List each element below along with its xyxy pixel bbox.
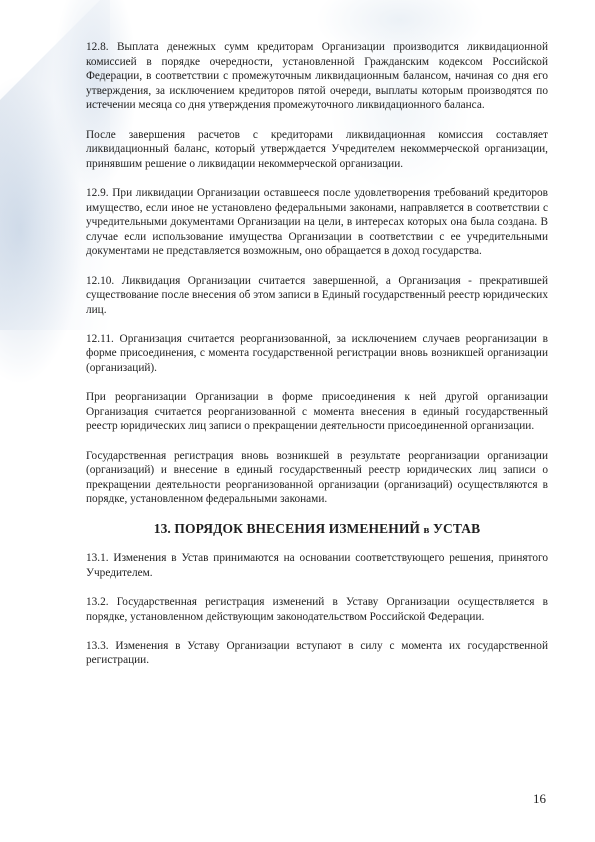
paragraph-12-10: 12.10. Ликвидация Организации считается … [86, 274, 548, 318]
page-number: 16 [533, 791, 546, 807]
paragraph-state-registration: Государственная регистрация вновь возник… [86, 449, 548, 507]
document-page: 12.8. Выплата денежных сумм кредиторам О… [86, 40, 548, 683]
paragraph-13-3: 13.3. Изменения в Уставу Организации вст… [86, 639, 548, 668]
heading-part-3: УСТАВ [430, 521, 481, 536]
paragraph-12-8: 12.8. Выплата денежных сумм кредиторам О… [86, 40, 548, 113]
heading-part-1: 13. ПОРЯДОК ВНЕСЕНИЯ ИЗМЕНЕНИЙ [154, 521, 424, 536]
paragraph-reorganization-merger: При реорганизации Организации в форме пр… [86, 390, 548, 434]
paragraph-12-9: 12.9. При ликвидации Организации оставше… [86, 186, 548, 259]
paragraph-13-2: 13.2. Государственная регистрация измене… [86, 595, 548, 624]
section-13-heading: 13. ПОРЯДОК ВНЕСЕНИЯ ИЗМЕНЕНИЙ в УСТАВ [86, 522, 548, 538]
paragraph-liquidation-balance: После завершения расчетов с кредиторами … [86, 128, 548, 172]
paragraph-12-11: 12.11. Организация считается реорганизов… [86, 332, 548, 376]
paragraph-13-1: 13.1. Изменения в Устав принимаются на о… [86, 551, 548, 580]
